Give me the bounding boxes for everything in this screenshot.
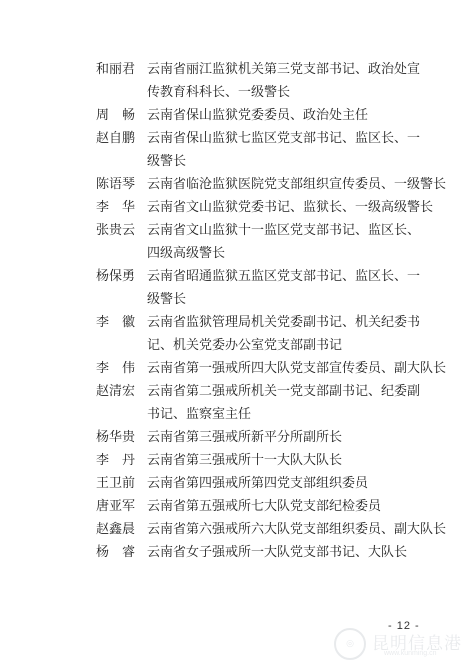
name-list: 和丽君云南省丽江监狱机关第三党支部书记、政治处宣传教育科科长、一级警长周 畅云南… — [96, 58, 426, 564]
person-name: 周 畅 — [96, 104, 147, 127]
list-item: 赵清宏云南省第二强戒所机关一党支部副书记、纪委副书记、监察室主任 — [96, 380, 426, 426]
list-item: 杨 睿云南省女子强戒所一大队党支部书记、大队长 — [96, 541, 426, 564]
person-name: 杨保勇 — [96, 265, 147, 288]
person-name: 李 华 — [96, 196, 147, 219]
list-item: 李 华云南省文山监狱党委书记、监狱长、一级高级警长 — [96, 196, 426, 219]
position-description: 云南省保山监狱党委委员、政治处主任 — [147, 104, 426, 127]
position-description: 云南省第五强戒所七大队党支部纪检委员 — [147, 495, 426, 518]
description-line: 书记、监察室主任 — [147, 403, 426, 426]
list-item: 张贵云云南省文山监狱十一监区党支部书记、监区长、四级高级警长 — [96, 219, 426, 265]
description-line: 云南省第二强戒所机关一党支部副书记、纪委副 — [147, 380, 426, 403]
list-item: 李 伟云南省第一强戒所四大队党支部宣传委员、副大队长 — [96, 357, 426, 380]
description-line: 云南省保山监狱党委委员、政治处主任 — [147, 104, 426, 127]
person-name: 赵自鹏 — [96, 127, 147, 150]
description-line: 云南省丽江监狱机关第三党支部书记、政治处宣 — [147, 58, 426, 81]
list-item: 和丽君云南省丽江监狱机关第三党支部书记、政治处宣传教育科科长、一级警长 — [96, 58, 426, 104]
list-item: 杨华贵云南省第三强戒所新平分所副所长 — [96, 426, 426, 449]
position-description: 云南省女子强戒所一大队党支部书记、大队长 — [147, 541, 426, 564]
list-item: 陈语琴云南省临沧监狱医院党支部组织宣传委员、一级警长 — [96, 173, 426, 196]
person-name: 和丽君 — [96, 58, 147, 81]
list-item: 王卫前云南省第四强戒所第四党支部组织委员 — [96, 472, 426, 495]
position-description: 云南省第四强戒所第四党支部组织委员 — [147, 472, 426, 495]
position-description: 云南省第二强戒所机关一党支部副书记、纪委副书记、监察室主任 — [147, 380, 426, 426]
description-line: 云南省第四强戒所第四党支部组织委员 — [147, 472, 426, 495]
document-page: 和丽君云南省丽江监狱机关第三党支部书记、政治处宣传教育科科长、一级警长周 畅云南… — [0, 0, 473, 670]
person-name: 赵清宏 — [96, 380, 147, 403]
list-item: 李 徽云南省监狱管理局机关党委副书记、机关纪委书记、机关党委办公室党支部副书记 — [96, 311, 426, 357]
position-description: 云南省第三强戒所新平分所副所长 — [147, 426, 426, 449]
description-line: 云南省第五强戒所七大队党支部纪检委员 — [147, 495, 426, 518]
list-item: 赵鑫晨云南省第六强戒所六大队党支部组织委员、副大队长 — [96, 518, 426, 541]
person-name: 赵鑫晨 — [96, 518, 147, 541]
person-name: 陈语琴 — [96, 173, 147, 196]
description-line: 传教育科科长、一级警长 — [147, 81, 426, 104]
watermark: ◎ 昆明信息港 www.kunming.cn — [334, 628, 464, 662]
page-number: - 12 - — [388, 620, 420, 632]
description-line: 云南省监狱管理局机关党委副书记、机关纪委书 — [147, 311, 426, 334]
position-description: 云南省第一强戒所四大队党支部宣传委员、副大队长 — [147, 357, 446, 380]
description-line: 云南省第一强戒所四大队党支部宣传委员、副大队长 — [147, 357, 446, 380]
position-description: 云南省第三强戒所十一大队大队长 — [147, 449, 426, 472]
description-line: 云南省第三强戒所十一大队大队长 — [147, 449, 426, 472]
watermark-url: www.kunming.cn — [384, 650, 437, 657]
person-name: 李 丹 — [96, 449, 147, 472]
position-description: 云南省监狱管理局机关党委副书记、机关纪委书记、机关党委办公室党支部副书记 — [147, 311, 426, 357]
person-name: 张贵云 — [96, 219, 147, 242]
description-line: 四级高级警长 — [147, 242, 426, 265]
person-name: 李 徽 — [96, 311, 147, 334]
position-description: 云南省保山监狱七监区党支部书记、监区长、一级警长 — [147, 127, 426, 173]
description-line: 云南省临沧监狱医院党支部组织宣传委员、一级警长 — [147, 173, 446, 196]
position-description: 云南省丽江监狱机关第三党支部书记、政治处宣传教育科科长、一级警长 — [147, 58, 426, 104]
description-line: 级警长 — [147, 150, 426, 173]
description-line: 云南省女子强戒所一大队党支部书记、大队长 — [147, 541, 426, 564]
list-item: 唐亚军云南省第五强戒所七大队党支部纪检委员 — [96, 495, 426, 518]
position-description: 云南省第六强戒所六大队党支部组织委员、副大队长 — [147, 518, 446, 541]
description-line: 云南省文山监狱十一监区党支部书记、监区长、 — [147, 219, 426, 242]
description-line: 云南省第三强戒所新平分所副所长 — [147, 426, 426, 449]
list-item: 李 丹云南省第三强戒所十一大队大队长 — [96, 449, 426, 472]
list-item: 赵自鹏云南省保山监狱七监区党支部书记、监区长、一级警长 — [96, 127, 426, 173]
watermark-title: 昆明信息港 — [372, 629, 462, 654]
position-description: 云南省文山监狱党委书记、监狱长、一级高级警长 — [147, 196, 433, 219]
list-item: 杨保勇云南省昭通监狱五监区党支部书记、监区长、一级警长 — [96, 265, 426, 311]
description-line: 云南省文山监狱党委书记、监狱长、一级高级警长 — [147, 196, 433, 219]
person-name: 李 伟 — [96, 357, 147, 380]
position-description: 云南省临沧监狱医院党支部组织宣传委员、一级警长 — [147, 173, 446, 196]
person-name: 杨华贵 — [96, 426, 147, 449]
person-name: 杨 睿 — [96, 541, 147, 564]
watermark-logo-icon: ◎ — [334, 628, 366, 660]
position-description: 云南省文山监狱十一监区党支部书记、监区长、四级高级警长 — [147, 219, 426, 265]
description-line: 云南省昭通监狱五监区党支部书记、监区长、一 — [147, 265, 426, 288]
description-line: 云南省第六强戒所六大队党支部组织委员、副大队长 — [147, 518, 446, 541]
position-description: 云南省昭通监狱五监区党支部书记、监区长、一级警长 — [147, 265, 426, 311]
list-item: 周 畅云南省保山监狱党委委员、政治处主任 — [96, 104, 426, 127]
description-line: 云南省保山监狱七监区党支部书记、监区长、一 — [147, 127, 426, 150]
description-line: 级警长 — [147, 288, 426, 311]
description-line: 记、机关党委办公室党支部副书记 — [147, 334, 426, 357]
person-name: 王卫前 — [96, 472, 147, 495]
person-name: 唐亚军 — [96, 495, 147, 518]
